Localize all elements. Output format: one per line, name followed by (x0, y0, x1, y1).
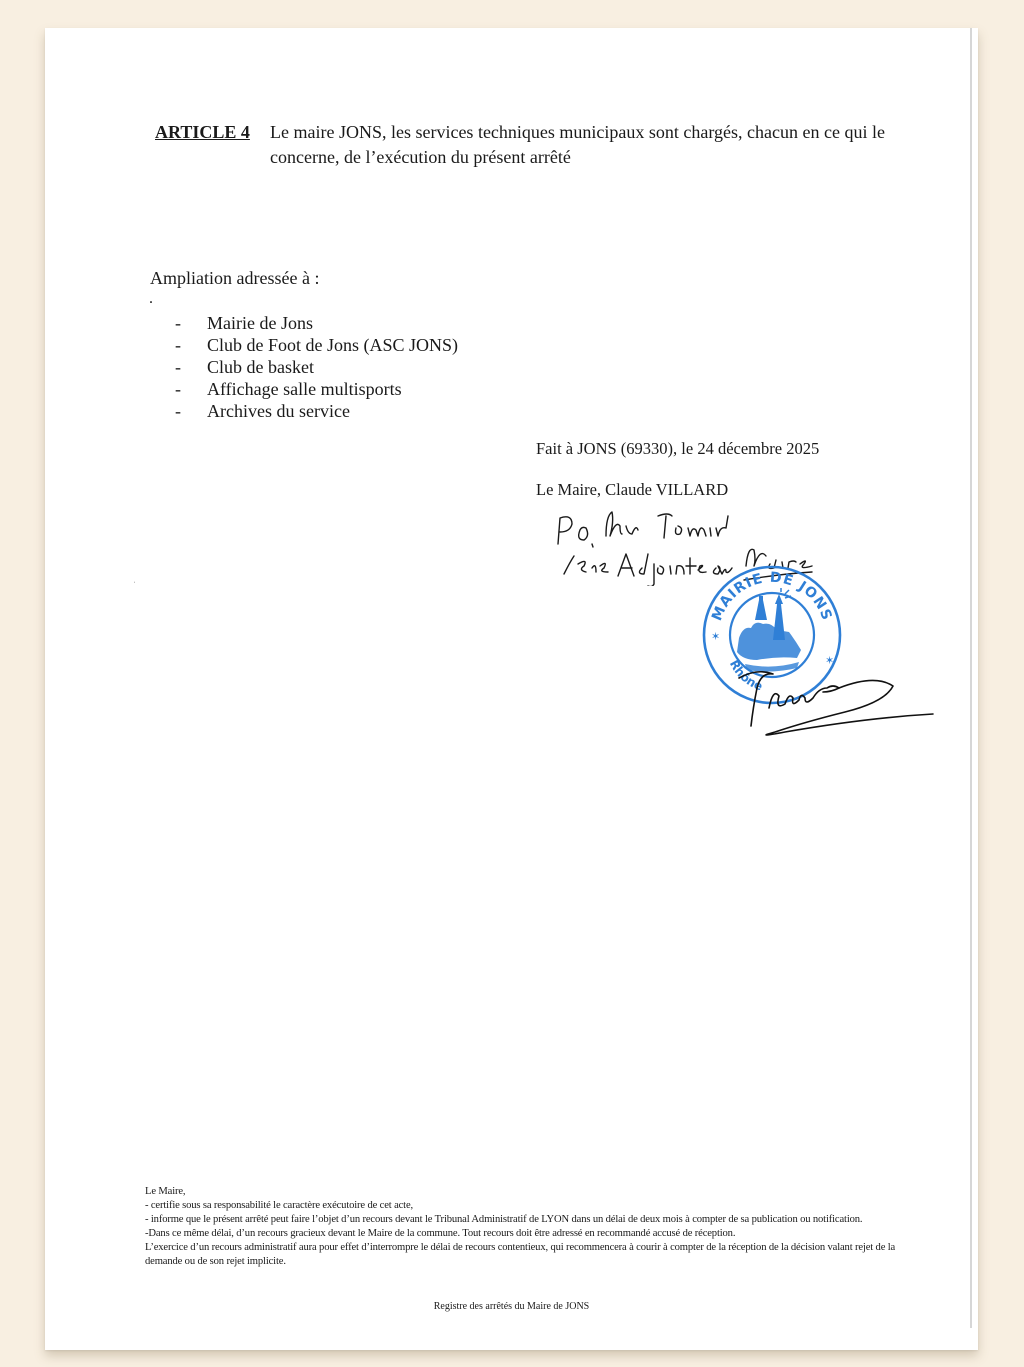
stamp-top-text: MAIRIE DE JONS (709, 570, 835, 623)
document-page: ARTICLE 4 Le maire JONS, les services te… (45, 28, 978, 1350)
ampliation-title: Ampliation adressée à : (150, 268, 319, 289)
legal-heading: Le Maire, (145, 1185, 920, 1199)
list-item: -Affichage salle multisports (175, 378, 458, 400)
article-label: ARTICLE 4 (155, 120, 250, 145)
legal-notice: Le Maire, - certifie sous sa responsabil… (145, 1185, 920, 1269)
article-text: Le maire JONS, les services techniques m… (270, 120, 930, 170)
list-item: -Mairie de Jons (175, 312, 458, 334)
page-footer: Registre des arrêtés du Maire de JONS (45, 1301, 978, 1312)
page-edge-line (970, 28, 972, 1328)
star-icon: ✶ (711, 631, 720, 643)
list-item: -Club de Foot de Jons (ASC JONS) (175, 334, 458, 356)
legal-line: - certifie sous sa responsabilité le car… (145, 1199, 920, 1213)
legal-line: -Dans ce même délai, d’un recours gracie… (145, 1227, 920, 1241)
signatory-name: Le Maire, Claude VILLARD (536, 480, 728, 500)
svg-text:MAIRIE DE JONS: MAIRIE DE JONS (709, 570, 835, 623)
mayor-signature (735, 648, 945, 738)
list-item: -Club de basket (175, 356, 458, 378)
recipient-list: -Mairie de Jons -Club de Foot de Jons (A… (175, 312, 458, 422)
legal-line: L’exercice d’un recours administratif au… (145, 1241, 920, 1269)
legal-line: - informe que le présent arrêté peut fai… (145, 1213, 920, 1227)
stray-mark: . (149, 290, 153, 308)
place-date: Fait à JONS (69330), le 24 décembre 2025 (536, 439, 819, 459)
list-item: -Archives du service (175, 400, 458, 422)
scan-mark: ˌ (133, 574, 136, 583)
